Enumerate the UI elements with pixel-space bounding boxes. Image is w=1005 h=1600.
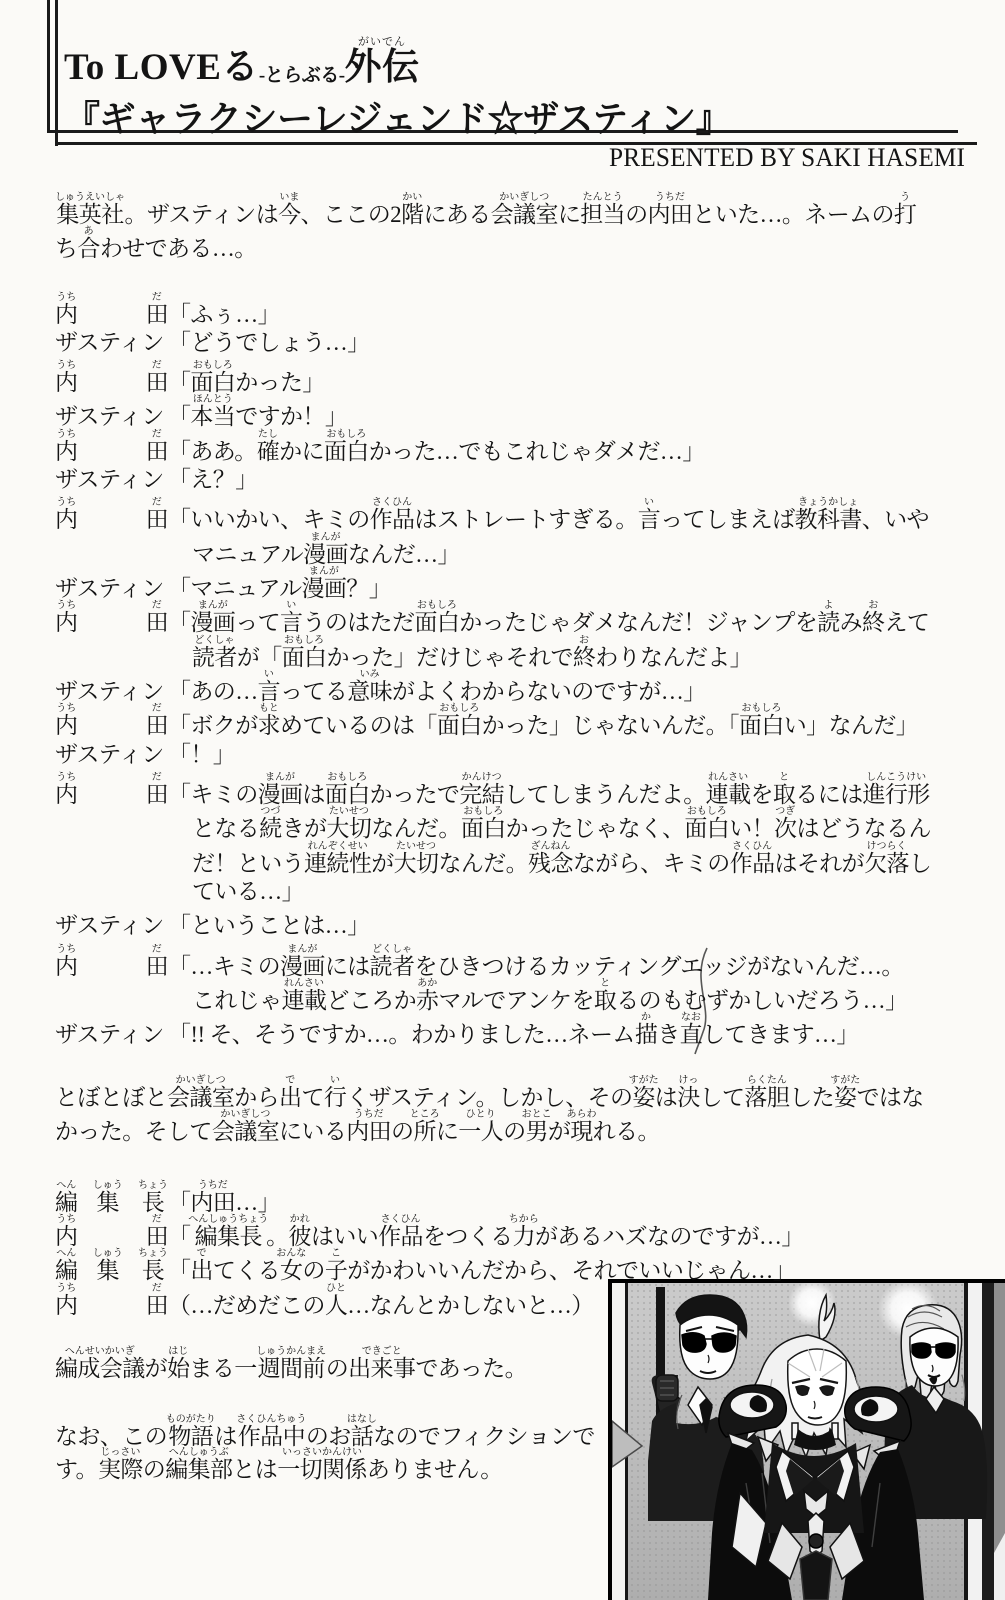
dialogue-text: 読者どくしゃが「面白おもしろかった」だけじゃそれで終おわりなんだよ」 xyxy=(192,645,752,670)
dialogue-row: 内うち田だ「面白おもしろかった」 xyxy=(55,360,325,394)
dialogue-text: 「ああ。確たしかに面白おもしろかった…でもこれじゃダメだ…」 xyxy=(168,439,705,464)
dialogue-text: 「編集長へんしゅうちょう。彼かれはいい作品さくひんをつくる力ちからがあるハズなの… xyxy=(168,1224,804,1249)
title-rule-vertical-inner xyxy=(55,0,58,146)
speaker-name: ザスティン xyxy=(55,1018,168,1052)
dialogue-row: 内うち田だ（…だめだこの人ひと…なんとかしないと…） xyxy=(55,1283,594,1317)
dialogue-row: 内うち田だ「漫画まんがって言いうのはただ面白おもしろかったじゃダメなんだ！ジャン… xyxy=(55,600,929,634)
dialogue-row: 内うち田だ「ふぅ…」 xyxy=(55,292,280,326)
dialogue-row: ザスティン「ということは…」 xyxy=(55,909,370,943)
intro-line: 集英社しゅうえいしゃ。ザスティンは今いま、ここの2階かいにある会議室かいぎしつに… xyxy=(55,192,916,226)
dialogue-row: 編へん集しゅう長ちょう「内田うちだ…」 xyxy=(55,1180,280,1214)
dialogue-text: 「ふぅ…」 xyxy=(168,302,280,327)
manga-illustration xyxy=(608,1279,1005,1600)
dialogue-text: これじゃ連載れんさいどころか赤あかマルでアンケを取とるのもむずかしいだろう…」 xyxy=(192,988,907,1013)
dialogue-text: 「ということは…」 xyxy=(168,913,370,938)
dialogue-continuation-line: ている…」 xyxy=(192,875,304,909)
speaker-name: ザスティン xyxy=(55,909,168,943)
dialogue-row: ザスティン「え？」 xyxy=(55,463,258,497)
dialogue-text: マニュアル漫画まんがなんだ…」 xyxy=(192,542,460,567)
fiction-note-line: なお、この物語ものがたりは作品中さくひんちゅうのお話はなしなのでフィクションで xyxy=(55,1414,595,1448)
speaker-name: 内うち田だ xyxy=(55,944,168,984)
dialogue-row: 内うち田だ「ボクが求もとめているのは「面白おもしろかった」じゃないんだ。「面白お… xyxy=(55,703,918,737)
dialogue-text: 「出でてくる女おんなの子こがかわいいんだから、それでいいじゃん…」 xyxy=(168,1258,795,1283)
aftermath-line: 編成会議へんせいかいぎが始はじまる一週間前しゅうかんまえの出来事できごとであった… xyxy=(55,1346,527,1380)
dialogue-continuation-line: これじゃ連載れんさいどころか赤あかマルでアンケを取とるのもむずかしいだろう…」 xyxy=(192,978,907,1012)
dialogue-text: 「!! そ、そうですか…。わかりました…ネーム描かき直なおしてきます…」 xyxy=(168,1022,859,1047)
title-block: To LOVEる-とらぶる-外伝がいでん 『ギャラクシーレジェンド☆ザスティン』 xyxy=(64,36,731,138)
speaker-name: ザスティン xyxy=(55,738,168,772)
fiction-note-line: す。実際じっさいの編集部へんしゅうぶとは一切関係いっさいかんけいありません。 xyxy=(55,1447,503,1481)
episode-title: 『ギャラクシーレジェンド☆ザスティン』 xyxy=(64,100,731,138)
dialogue-row: ザスティン「マニュアル漫画まんが？」 xyxy=(55,566,391,600)
speaker-name: 内うち田だ xyxy=(55,1283,168,1323)
speaker-name: 内うち田だ xyxy=(55,600,168,640)
illustration-art xyxy=(612,1283,1005,1600)
dialogue-row: 内うち田だ「ああ。確たしかに面白おもしろかった…でもこれじゃダメだ…」 xyxy=(55,429,705,463)
dialogue-text: 「！」 xyxy=(168,742,235,767)
dialogue-row: ザスティン「本当ほんとうですか！」 xyxy=(55,394,347,428)
dialogue-continuation-line: となる続つづきが大切たいせつなんだ。面白おもしろかったじゃなく、面白おもしろい！… xyxy=(192,806,931,840)
series-title-main: To LOVEる xyxy=(64,47,259,88)
intro-line: ち合あわせである…。 xyxy=(55,226,257,260)
dialogue-row: 編へん集しゅう長ちょう「出でてくる女おんなの子こがかわいいんだから、それでいいじ… xyxy=(55,1248,795,1282)
speaker-name: 内うち田だ xyxy=(55,772,168,812)
narration-line: かった。そして会議室かいぎしつにいる内田うちだの所ところに一人ひとりの男おとこが… xyxy=(55,1109,660,1143)
dialogue-text: 「キミの漫画まんがは面白おもしろかったで完結かんけつしてしまうんだよ。連載れんさ… xyxy=(168,782,930,807)
series-title-reading: -とらぶる- xyxy=(259,65,345,86)
dialogue-row: 内うち田だ「いいかい、キミの作品さくひんはストレートすぎる。言いってしまえば教科… xyxy=(55,497,929,531)
dialogue-text: 「どうでしょう…」 xyxy=(168,330,370,355)
dialogue-text: 「いいかい、キミの作品さくひんはストレートすぎる。言いってしまえば教科書きょうか… xyxy=(168,507,929,532)
dialogue-continuation-line: 読者どくしゃが「面白おもしろかった」だけじゃそれで終おわりなんだよ」 xyxy=(192,635,752,669)
series-title-gaiden: 外伝がいでん xyxy=(345,47,420,88)
title-rule-vertical-outer xyxy=(47,0,50,133)
dialogue-text: となる続つづきが大切たいせつなんだ。面白おもしろかったじゃなく、面白おもしろい！… xyxy=(192,816,931,841)
dialogue-text: 「…キミの漫画まんがには読者どくしゃをひきつけるカッティングエッジがないんだ…。 xyxy=(168,954,904,979)
dialogue-text: ている…」 xyxy=(192,879,304,904)
dialogue-row: ザスティン「あの…言いってる意味いみがよくわからないのですが…」 xyxy=(55,669,706,703)
dialogue-row: 内うち田だ「キミの漫画まんがは面白おもしろかったで完結かんけつしてしまうんだよ。… xyxy=(55,772,930,806)
manga-text-page: To LOVEる-とらぶる-外伝がいでん 『ギャラクシーレジェンド☆ザスティン』… xyxy=(0,0,1005,1600)
dialogue-text: 「あの…言いってる意味いみがよくわからないのですが…」 xyxy=(168,679,706,704)
dialogue-text: 「面白おもしろかった」 xyxy=(168,370,325,395)
dialogue-continuation-line: だ！という連続性れんぞくせいが大切たいせつなんだ。残念ざんねんながら、キミの作品… xyxy=(192,841,931,875)
dialogue-text: 「本当ほんとうですか！」 xyxy=(168,404,347,429)
dialogue-text: 「漫画まんがって言いうのはただ面白おもしろかったじゃダメなんだ！ジャンプを読よみ… xyxy=(168,610,929,635)
armor-gem xyxy=(809,1534,823,1548)
series-title: To LOVEる-とらぶる-外伝がいでん xyxy=(64,36,731,94)
dialogue-text: （…だめだこの人ひと…なんとかしないと…） xyxy=(168,1293,594,1318)
dialogue-text: 「マニュアル漫画まんが？」 xyxy=(168,576,391,601)
speaker-name: ザスティン xyxy=(55,463,168,497)
dialogue-text: 「内田うちだ…」 xyxy=(168,1190,280,1215)
speaker-name: ザスティン xyxy=(55,326,168,360)
dialogue-text: 「え？」 xyxy=(168,467,258,492)
speaker-name: 内うち田だ xyxy=(55,497,168,537)
narration-line: とぼとぼと会議室かいぎしつから出でて行いくザスティン。しかし、その姿すがたは決け… xyxy=(55,1075,924,1109)
dialogue-row: ザスティン「！」 xyxy=(55,738,235,772)
dialogue-row: ザスティン「どうでしょう…」 xyxy=(55,326,370,360)
dialogue-text: だ！という連続性れんぞくせいが大切たいせつなんだ。残念ざんねんながら、キミの作品… xyxy=(192,851,931,876)
dialogue-row: ザスティン「!! そ、そうですか…。わかりました…ネーム描かき直なおしてきます…… xyxy=(55,1012,859,1046)
dialogue-continuation-line: マニュアル漫画まんがなんだ…」 xyxy=(192,532,460,566)
dialogue-text: 「ボクが求もとめているのは「面白おもしろかった」じゃないんだ。「面白おもしろい」… xyxy=(168,713,918,738)
dialogue-row: 内うち田だ「編集長へんしゅうちょう。彼かれはいい作品さくひんをつくる力ちからがあ… xyxy=(55,1214,804,1248)
dialogue-row: 内うち田だ「…キミの漫画まんがには読者どくしゃをひきつけるカッティングエッジがな… xyxy=(55,944,904,978)
author-credit: PRESENTED BY SAKI HASEMI xyxy=(609,143,965,173)
